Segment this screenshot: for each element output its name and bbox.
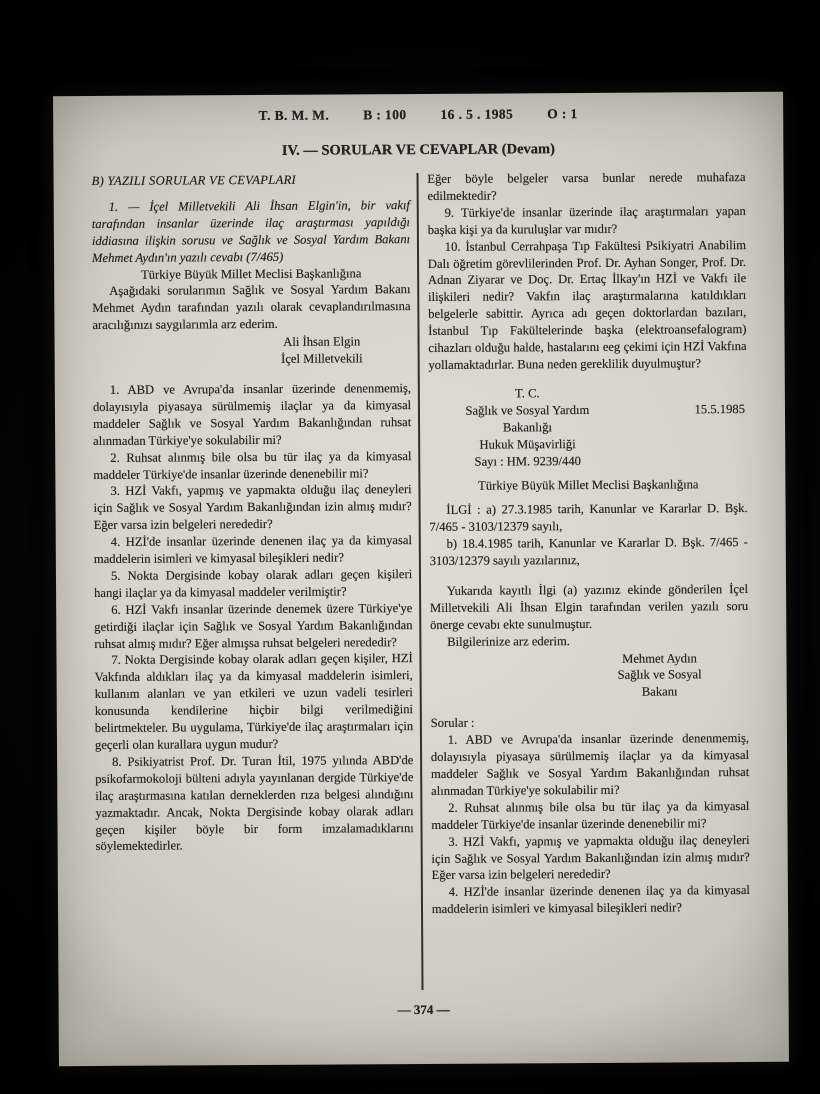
signature-name: Ali İhsan Elgin [247, 333, 397, 351]
signature-title: İçel Milletvekili [247, 350, 397, 368]
question-item: 10. İstanbul Cerrahpaşa Tıp Fakültesi Ps… [428, 237, 747, 374]
reply-body-paragraph: Yukarıda kayıtlı İlgi (a) yazınız ekinde… [430, 581, 749, 634]
section-title: IV. — SORULAR VE CEVAPLAR (Devam) [53, 140, 783, 161]
mp-signature-block: Ali İhsan Elgin İçel Milletvekili [247, 333, 397, 368]
question-item: 3. HZİ Vakfı, yapmış ve yapmakta olduğu … [93, 481, 412, 534]
closing-line: Bilgilerinize arz ederim. [430, 632, 748, 651]
letterhead-ref-number: Sayı : HM. 9239/440 [429, 452, 626, 470]
subsection-heading: B) YAZILI SORULAR VE CEVAPLARI [92, 171, 410, 190]
ministry-letterhead: T. C. Sağlık ve Sosyal Yardım Bakanlığı … [429, 384, 748, 470]
masthead: T. B. M. M. B : 100 16 . 5 . 1985 O : 1 [53, 92, 783, 125]
letterhead-ministry: Sağlık ve Sosyal Yardım [429, 402, 626, 420]
question-item: 9. Türkiye'de insanlar üzerinde ilaç ara… [428, 203, 746, 239]
reference-line-a: İLGİ : a) 27.3.1985 tarih, Kanunlar ve K… [429, 500, 747, 536]
signature-title: Sağlık ve Sosyal [585, 667, 735, 685]
letterhead-office: Hukuk Müşavirliği [429, 435, 626, 453]
page-number: — 374 — [59, 1000, 789, 1020]
masthead-sitting-number: O : 1 [547, 106, 578, 122]
reference-line-b: b) 18.4.1985 tarih, Kanunlar ve Kararlar… [430, 534, 748, 570]
photo-black-background: T. B. M. M. B : 100 16 . 5 . 1985 O : 1 … [0, 0, 820, 1094]
question-item: 6. HZİ Vakfı insanlar üzerinde denemek ü… [94, 600, 413, 653]
question-item: 4. HZİ'de insanlar üzerinde denenen ilaç… [94, 532, 412, 568]
sorular-label: Sorular : [431, 713, 749, 732]
salutation-line: Türkiye Büyük Millet Meclisi Başkanlığın… [429, 476, 747, 495]
scanned-document-page: T. B. M. M. B : 100 16 . 5 . 1985 O : 1 … [53, 92, 789, 1066]
question-item: 8. Psikiyatrist Prof. Dr. Turan İtil, 19… [95, 752, 414, 855]
question-item: 3. HZİ Vakfı, yapmış ve yapmakta olduğu … [431, 832, 750, 885]
minister-signature-block: Mehmet Aydın Sağlık ve Sosyal Bakanı [584, 650, 734, 702]
letterhead-lines: T. C. Sağlık ve Sosyal Yardım Bakanlığı … [429, 385, 627, 471]
salutation-line: Türkiye Büyük Millet Meclisi Başkanlığın… [92, 265, 410, 284]
question-item: 1. ABD ve Avrupa'da insanlar üzerinde de… [93, 380, 412, 450]
carryover-paragraph: Eğer böyle belgeler varsa bunlar nerede … [427, 169, 745, 205]
signature-title: Bakanı [585, 683, 735, 701]
question-intro-paragraph: 1. — İçel Milletvekili Ali İhsan Elgin'i… [92, 197, 411, 267]
masthead-org: T. B. M. M. [259, 108, 330, 124]
request-paragraph: Aşağıdaki sorularımın Sağlık ve Sosyal Y… [92, 281, 411, 334]
signature-name: Mehmet Aydın [584, 650, 734, 668]
question-item: 1. ABD ve Avrupa'da insanlar üzerinde de… [431, 730, 750, 800]
masthead-date: 16 . 5 . 1985 [440, 106, 513, 122]
two-column-text-area: B) YAZILI SORULAR VE CEVAPLARI 1. — İçel… [54, 169, 789, 1006]
letterhead-tc: T. C. [429, 385, 626, 403]
question-item: 5. Nokta Dergisinde kobay olarak adları … [94, 566, 412, 602]
masthead-session-number: B : 100 [363, 107, 406, 123]
left-column: B) YAZILI SORULAR VE CEVAPLARI 1. — İçel… [92, 171, 422, 1006]
question-item: 4. HZİ'de insanlar üzerinde denenen ilaç… [432, 882, 750, 918]
letter-date: 15.5.1985 [695, 401, 745, 418]
question-item: 2. Ruhsat alınmış bile olsa bu tür ilaç … [93, 448, 411, 484]
question-item: 2. Ruhsat alınmış bile olsa bu tür ilaç … [431, 798, 749, 834]
question-item: 7. Nokta Dergisinde kobay olarak adları … [94, 651, 413, 754]
right-column: Eğer böyle belgeler varsa bunlar nerede … [418, 169, 750, 1004]
letterhead-ministry2: Bakanlığı [429, 418, 626, 436]
